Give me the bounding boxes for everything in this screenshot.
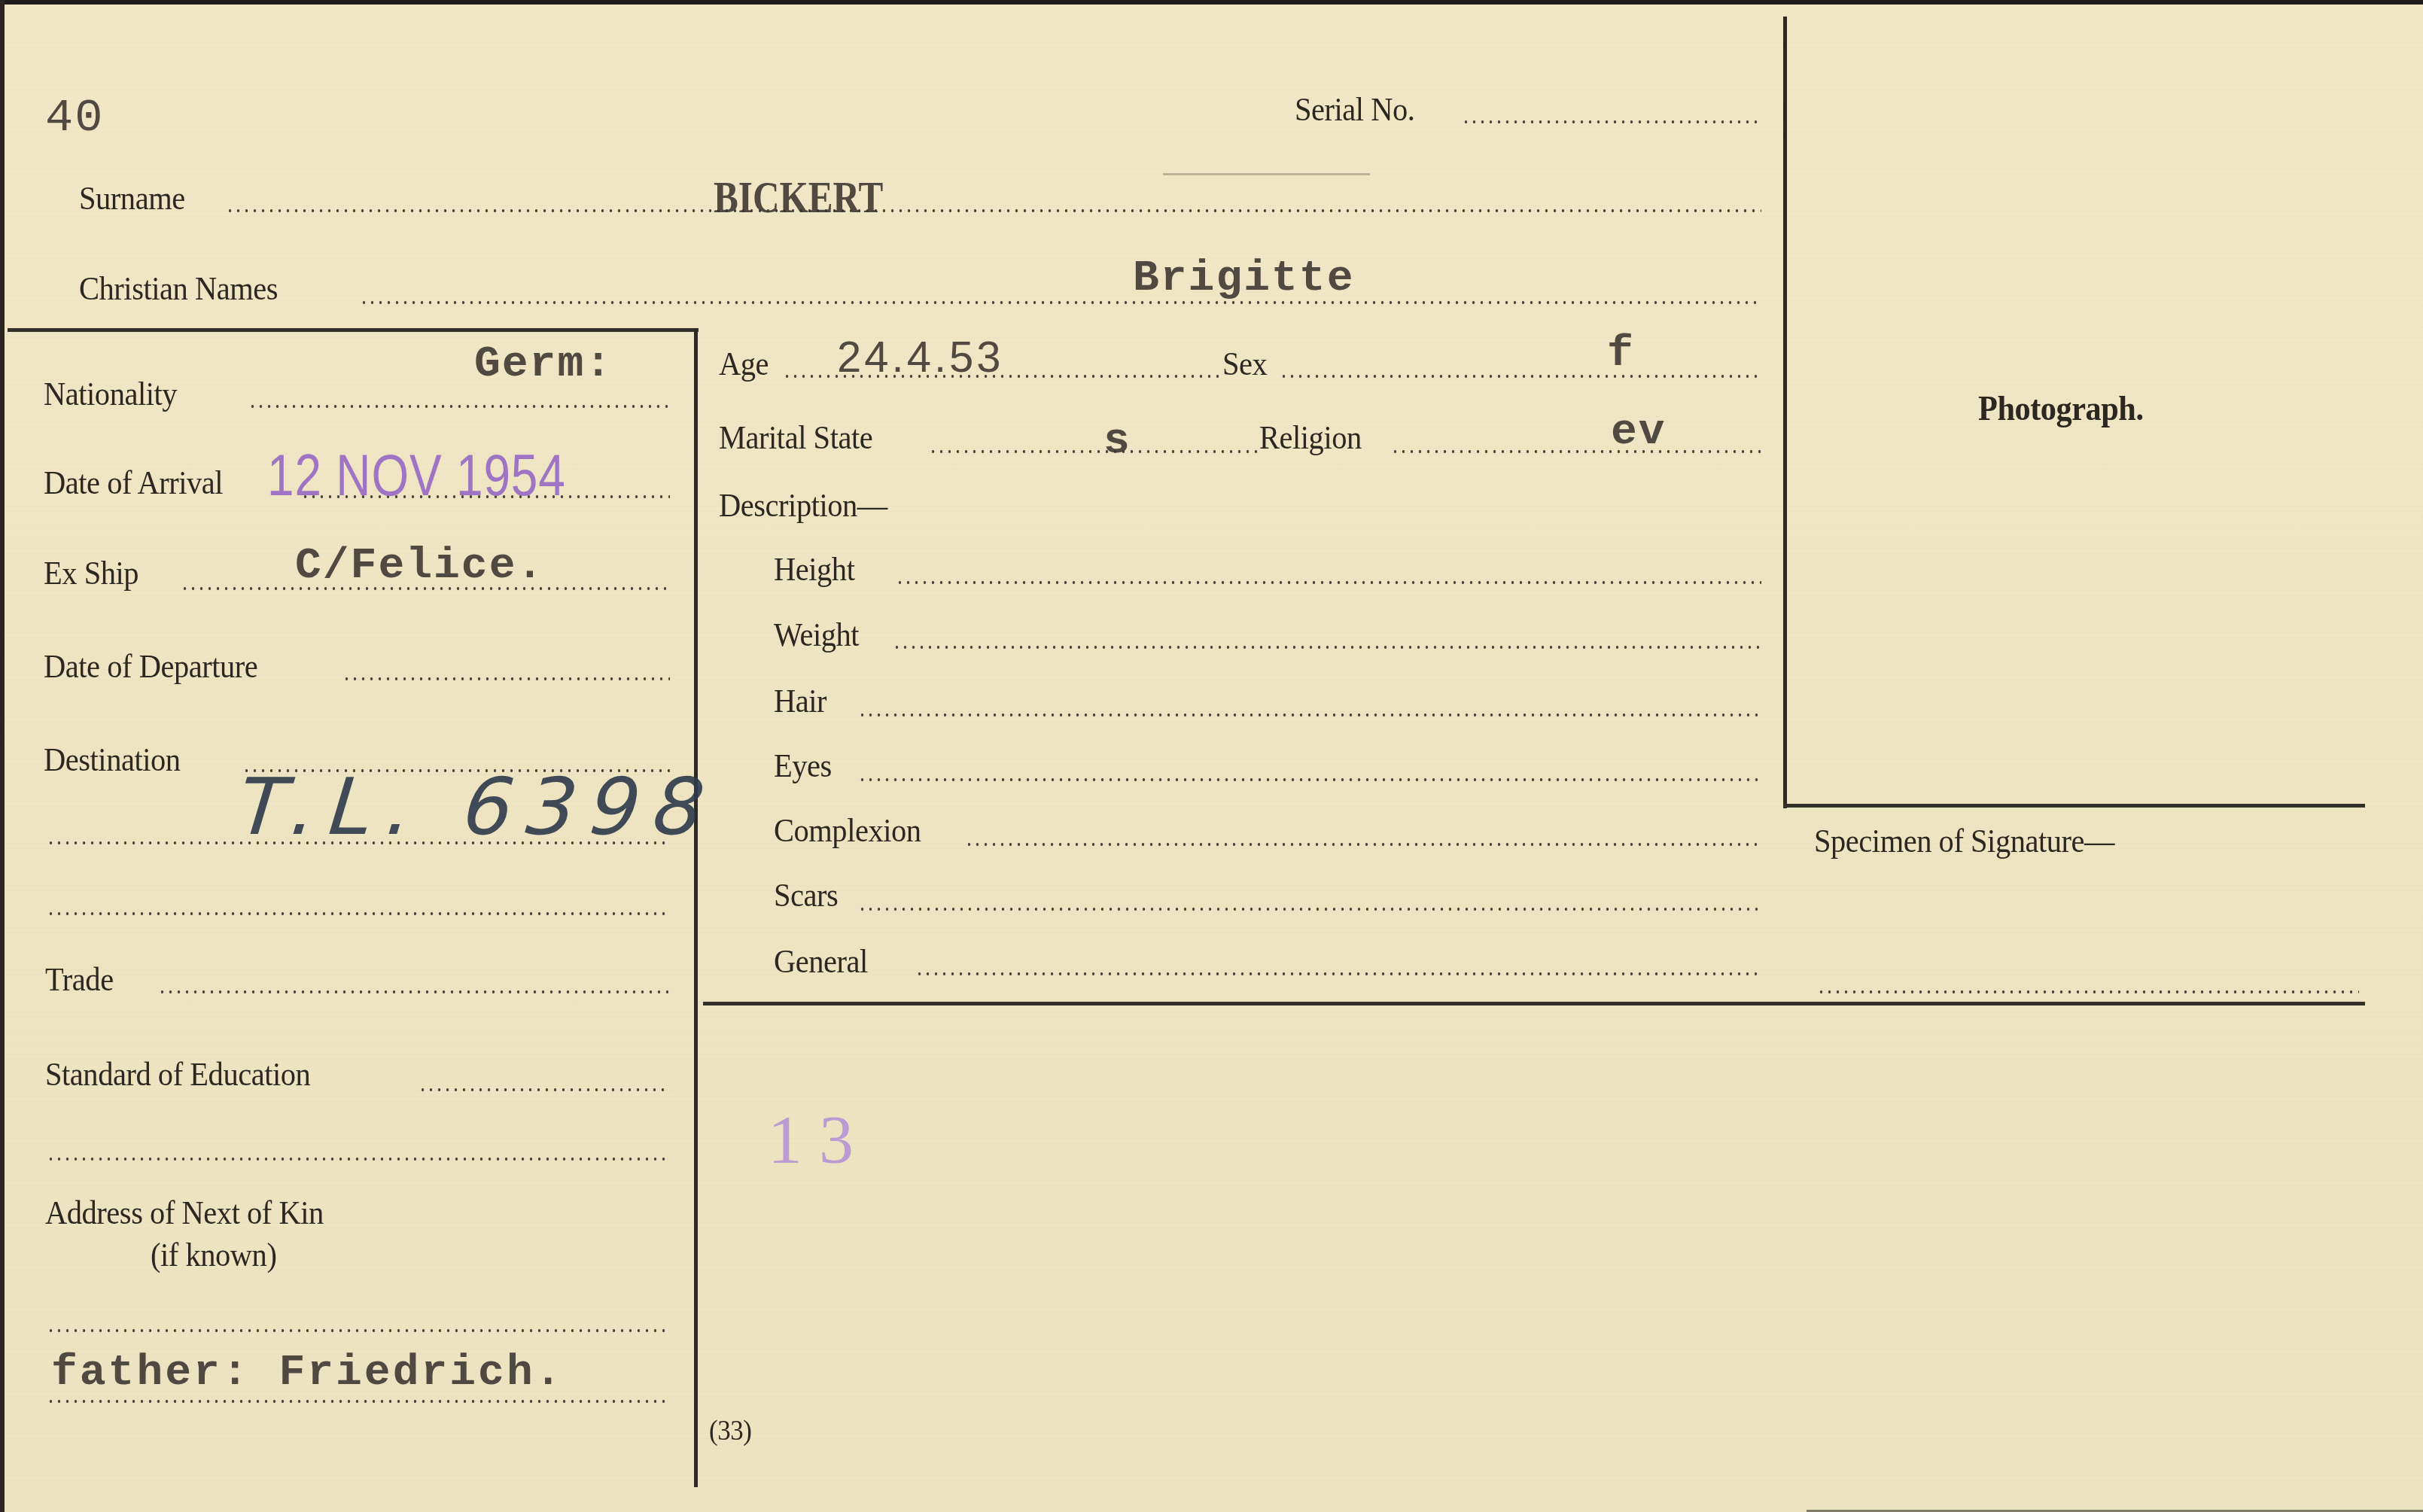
rule-under-description [703,1002,2365,1005]
date-of-arrival-label: Date of Arrival [44,467,223,500]
height-dots [896,581,1761,584]
next-of-kin-label: Address of Next of Kin [45,1197,324,1230]
sex-dots [1280,375,1761,378]
scars-dots [858,908,1761,911]
marital-state-dots [929,450,1263,453]
ex-ship-label: Ex Ship [44,557,139,590]
date-of-departure-label: Date of Departure [44,650,257,683]
religion-value: ev [1611,411,1667,455]
age-value: 24.4.53 [837,336,1004,379]
serial-no-label: Serial No. [1295,93,1415,126]
religion-label: Religion [1259,421,1362,455]
nationality-label: Nationality [44,378,177,411]
form-code: (33) [709,1416,751,1445]
christian-names-value: Brigitte [1133,257,1354,301]
date-of-departure-dots [342,677,670,680]
card-number: 40 [45,95,104,141]
serial-no-dots [1462,120,1760,123]
description-heading: Description— [719,489,887,522]
weight-dots [893,646,1761,649]
surname-dots [226,209,1761,212]
nationality-dots [248,405,670,408]
sex-value: f [1607,333,1635,376]
destination-label: Destination [44,744,181,777]
surname-label: Surname [79,182,185,215]
trade-dots [158,990,670,993]
nationality-value: Germ: [474,343,613,387]
education-dots-2 [47,1158,670,1161]
trade-label: Trade [45,963,114,996]
signature-label: Specimen of Signature— [1814,825,2114,858]
next-of-kin-dots-2 [47,1400,670,1403]
next-of-kin-value: father: Friedrich. [51,1352,564,1395]
photograph-placeholder-label: Photograph. [1978,391,2144,426]
weight-label: Weight [774,619,859,652]
destination-handwritten: T.L. 6398 [236,768,722,846]
ex-ship-value: C/Felice. [295,545,544,589]
hair-label: Hair [774,685,826,718]
destination-dots-3 [47,912,670,915]
hair-dots [858,713,1761,716]
age-label: Age [719,348,769,381]
surname-value: BICKERT [714,175,883,220]
next-of-kin-dots [47,1329,670,1332]
destination-dots-2 [47,841,670,844]
rule-photo-box-bottom [1783,804,2365,808]
eyes-label: Eyes [774,750,832,783]
scars-label: Scars [774,879,838,912]
rule-under-names [8,328,699,332]
next-of-kin-sublabel: (if known) [151,1239,276,1272]
complexion-dots [965,843,1761,846]
signature-dots [1817,990,2359,993]
file-number-stamp: 13 [768,1105,870,1174]
christian-names-label: Christian Names [79,272,278,306]
education-dots [419,1088,670,1091]
registration-card: 40 Serial No. Surname BICKERT Christian … [0,0,2423,1512]
height-label: Height [774,553,854,586]
general-label: General [774,945,868,978]
sex-label: Sex [1222,348,1267,381]
marital-state-value: s [1103,420,1131,464]
arrival-date-stamp: 12 NOV 1954 [267,446,566,504]
christian-names-dots [360,301,1761,304]
divider-photo-box [1783,17,1787,808]
general-dots [915,972,1758,975]
eyes-dots [858,778,1761,781]
education-label: Standard of Education [45,1058,310,1091]
religion-dots [1391,450,1761,453]
complexion-label: Complexion [774,814,921,847]
card-top-edge [0,0,2423,5]
bleed-through-mark [1163,173,1370,192]
divider-left-middle [694,328,698,1487]
card-left-edge [0,0,5,1512]
marital-state-label: Marital State [719,421,872,455]
